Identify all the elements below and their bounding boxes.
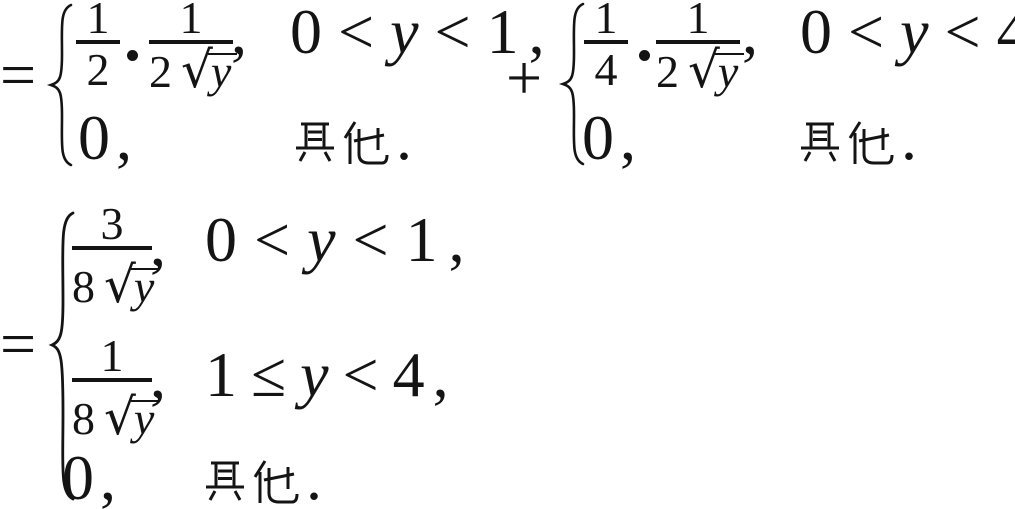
fraction-comma: , (150, 344, 166, 408)
fraction-numerator: 3 (72, 206, 152, 242)
fraction-one-over-2-sqrt-y: 1 2√y (149, 0, 233, 93)
else-value-zero: 0 (78, 106, 110, 170)
less-than-sign: < (848, 0, 884, 64)
fraction-numerator: 1 (76, 0, 120, 36)
fraction-denominator: 8√y (72, 250, 152, 308)
equals-sign: = (0, 43, 36, 107)
else-value-zero: 0 (582, 106, 614, 170)
less-than-sign: < (353, 208, 389, 272)
period-mark: . (901, 106, 917, 170)
less-than-sign: < (945, 0, 981, 64)
fraction-denominator: 2 (76, 44, 120, 91)
less-than-sign: < (435, 0, 471, 64)
fraction-comma: , (742, 0, 758, 64)
condition-upper-bound: 4 (393, 343, 425, 407)
square-root: √y (688, 46, 744, 97)
fraction-numerator: 1 (584, 0, 628, 36)
fraction-one-quarter: 1 4 (584, 0, 628, 91)
fraction-numerator: 1 (72, 338, 152, 374)
math-document-page: = 1 2 1 2√y , 0 < y < 1 , 0 , . + 1 (0, 0, 1015, 509)
radicand-y: y (715, 53, 744, 89)
condition-upper-bound: 4 (997, 0, 1015, 64)
fraction-denominator: 4 (584, 44, 628, 91)
fraction-one-half: 1 2 (76, 0, 120, 91)
period-mark: . (306, 446, 322, 509)
square-root: √y (181, 46, 237, 97)
else-comma: , (116, 106, 132, 170)
else-value-row: 0 , (582, 106, 636, 170)
multiplication-dot-icon (639, 50, 650, 61)
fraction-denominator: 2√y (656, 44, 740, 93)
otherwise-qita-text (293, 120, 389, 166)
fraction-numerator: 1 (656, 0, 740, 36)
else-value-zero: 0 (62, 446, 94, 509)
fraction-3-over-8-sqrt-y: 3 8√y (72, 206, 152, 308)
condition-comma: , (449, 208, 465, 272)
less-equal-sign: ≤ (251, 343, 286, 407)
period-mark: . (396, 106, 412, 170)
condition-lower-bound: 0 (290, 0, 322, 64)
condition-upper-bound: 1 (406, 208, 438, 272)
variable-y: y (307, 208, 335, 272)
variable-y: y (300, 343, 328, 407)
else-value-row: 0 , (62, 446, 116, 509)
denominator-coefficient: 8 (72, 261, 95, 312)
fraction-denominator: 8√y (72, 382, 152, 440)
equals-sign: = (0, 312, 36, 376)
condition-lower-bound: 0 (800, 0, 832, 64)
plus-sign: + (506, 46, 542, 110)
denominator-coefficient: 8 (72, 393, 95, 444)
condition-range-4: 1 ≤ y < 4 , (205, 343, 449, 407)
variable-y: y (390, 0, 418, 64)
fraction-comma: , (231, 0, 247, 64)
else-value-row: 0 , (78, 106, 132, 170)
less-than-sign: < (338, 0, 374, 64)
less-than-sign: < (254, 208, 290, 272)
otherwise-qita-text (798, 120, 894, 166)
variable-y: y (900, 0, 928, 64)
condition-range-2: 0 < y < 4 , (800, 0, 1015, 64)
fraction-comma: , (150, 212, 166, 276)
condition-range-3: 0 < y < 1 , (205, 208, 465, 272)
condition-lower-bound: 0 (205, 208, 237, 272)
condition-lower-bound: 1 (205, 343, 237, 407)
otherwise-qita-text (203, 459, 299, 505)
condition-comma: , (433, 343, 449, 407)
multiplication-dot-icon (127, 50, 138, 61)
fraction-denominator: 2√y (149, 44, 233, 93)
else-comma: , (620, 106, 636, 170)
fraction-one-over-2-sqrt-y: 1 2√y (656, 0, 740, 93)
else-comma: , (100, 446, 116, 509)
less-than-sign: < (343, 343, 379, 407)
denominator-coefficient: 2 (149, 46, 172, 97)
left-curly-brace-icon (44, 2, 74, 168)
fraction-1-over-8-sqrt-y: 1 8√y (72, 338, 152, 440)
denominator-coefficient: 2 (656, 46, 679, 97)
fraction-numerator: 1 (149, 0, 233, 36)
